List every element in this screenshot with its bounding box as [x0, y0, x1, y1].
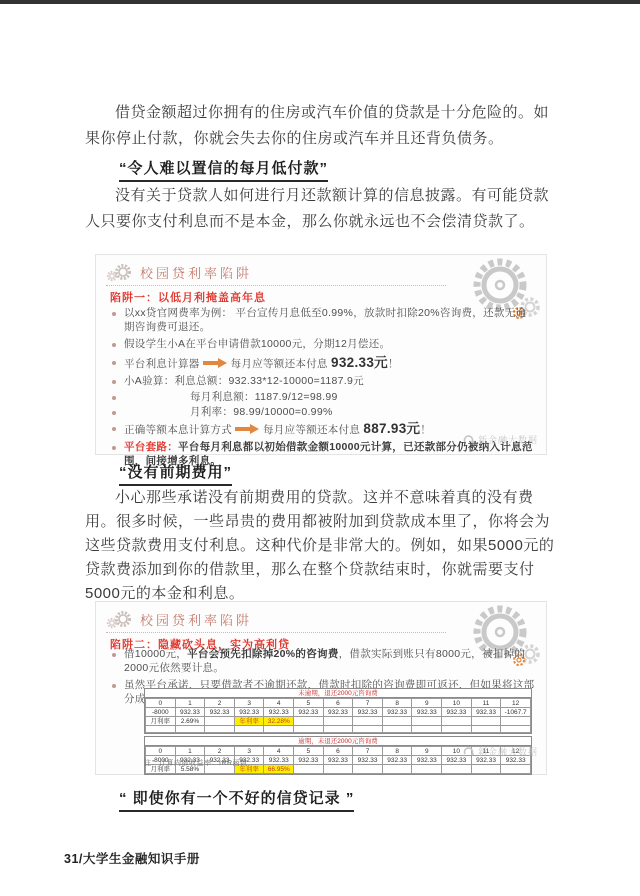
- table-cell: -1067.7: [501, 708, 531, 717]
- table-cell: [323, 717, 353, 726]
- table-cell: 年利率: [234, 717, 264, 726]
- list-item: 每月利息额：1187.9/12=98.99: [110, 391, 536, 405]
- table-cell: 932.33: [353, 708, 383, 717]
- table-cell: [205, 726, 235, 733]
- table-cell: 11: [471, 699, 501, 708]
- heading-bad-credit-record: “ 即使你有一个不好的信贷记录 ”: [119, 787, 354, 812]
- table-cell: [471, 765, 501, 774]
- repayment-table-no-overdue: 未逾期，退还2000元咨询费 0123456789101112-8000932.…: [144, 688, 532, 734]
- box-title: 校园贷利率陷阱: [140, 263, 252, 282]
- bullet-dot-icon: [112, 396, 116, 400]
- box-header: 校园贷利率陷阱: [106, 262, 252, 282]
- list-item: 平台利息计算器每月应等额还本付息 932.33元！: [110, 356, 536, 372]
- table-cell: 932.33: [412, 708, 442, 717]
- table-row: 0123456789101112: [146, 699, 531, 708]
- calc-label: 正确等额本息计算方式: [124, 424, 232, 436]
- table-cell: [501, 765, 531, 774]
- trick-label: 平台套路：: [124, 441, 178, 453]
- intro-paragraph-2: 没有关于贷款人如何进行月还款额计算的信息披露。有可能贷款人只要你支付利息而不是本…: [85, 183, 557, 235]
- table-cell: [294, 726, 324, 733]
- table-cell: [175, 726, 205, 733]
- table-cell: 932.33: [471, 708, 501, 717]
- table-cell: 5: [294, 699, 324, 708]
- table-cell: [323, 726, 353, 733]
- table-cell: [501, 726, 531, 733]
- table-cell: [353, 717, 383, 726]
- table-cell: 2: [205, 747, 235, 756]
- box-header: 校园贷利率陷阱: [106, 609, 252, 629]
- table-cell: [471, 726, 501, 733]
- watermark-logo-icon: [463, 435, 475, 445]
- table-cell: 7: [353, 747, 383, 756]
- table-cell: 2: [205, 699, 235, 708]
- gears-cluster-icon: [106, 609, 134, 629]
- top-border-bar: [0, 0, 640, 4]
- table-cell: [412, 765, 442, 774]
- table-cell: 932.33: [294, 756, 324, 765]
- bullet-dot-icon: [112, 684, 116, 688]
- table-cell: [382, 765, 412, 774]
- table-cell: 932.33: [382, 756, 412, 765]
- bullet-text: 正确等额本息计算方式每月应等额还本付息 887.93元！: [124, 422, 431, 438]
- bullet-text: 假设学生小A在平台申请借款10000元，分期12月偿还。: [124, 338, 390, 352]
- list-item: 假设学生小A在平台申请借款10000元，分期12月偿还。: [110, 338, 536, 352]
- right-arrow-icon: [203, 358, 228, 368]
- watermark: 新金融大数据: [463, 433, 538, 446]
- bullet-text: 小A验算：利息总额：932.33*12-10000=1187.9元: [124, 375, 364, 389]
- table-cell: [442, 726, 472, 733]
- table-cell: 0: [146, 747, 176, 756]
- table-cell: 9: [412, 747, 442, 756]
- bullet-dot-icon: [112, 312, 116, 316]
- table-cell: [294, 717, 324, 726]
- bullet-dot-icon: [112, 446, 116, 450]
- table-cell: 3: [234, 699, 264, 708]
- table-cell: [234, 726, 264, 733]
- table-cell: 932.33: [323, 708, 353, 717]
- trap-box-interest-rate-1: 校园贷利率陷阱 陷阱一：以低月利掩盖高年息 以xx贷官网费率为例： 平台宣传月息…: [95, 254, 547, 455]
- table-cell: [442, 717, 472, 726]
- table-cell: [382, 717, 412, 726]
- table-cell: 66.95%: [264, 765, 294, 774]
- bullet-dot-icon: [112, 653, 116, 657]
- table-cell: 7: [353, 699, 383, 708]
- table-cell: 4: [264, 747, 294, 756]
- table-cell: 12: [501, 699, 531, 708]
- table-cell: -8000: [146, 708, 176, 717]
- trap-box-interest-rate-2: 校园贷利率陷阱 陷阱二：隐藏砍头息，实为高利贷 借10000元，平台会预先扣除掉…: [95, 601, 547, 775]
- gears-cluster-icon: [106, 262, 134, 282]
- table-cell: 932.33: [264, 708, 294, 717]
- table-caption: 未逾期，退还2000元咨询费: [145, 689, 531, 698]
- table-cell: [294, 765, 324, 774]
- table-row: 月利率2.69%年利率32.28%: [146, 717, 531, 726]
- bullet-text: 每月利息额：1187.9/12=98.99: [124, 391, 338, 405]
- table-cell: [412, 726, 442, 733]
- table-cell: [323, 765, 353, 774]
- page-footer: 31/大学生金融知识手册: [64, 849, 200, 867]
- table-cell: [353, 726, 383, 733]
- table-cell: 932.33: [323, 756, 353, 765]
- right-arrow-icon: [235, 424, 260, 434]
- middle-paragraph: 小心那些承诺没有前期费用的贷款。这并不意味着真的没有费用。很多时候，一些昂贵的费…: [85, 486, 557, 606]
- box-title: 校园贷利率陷阱: [140, 610, 252, 629]
- table-cell: 932.33: [382, 708, 412, 717]
- bullet-dot-icon: [112, 411, 116, 415]
- bullet-text: 借10000元，平台会预先扣除掉20%的咨询费，借款实际到账只有8000元，被扣…: [124, 648, 536, 675]
- bullet-dot-icon: [112, 361, 116, 365]
- table-cell: 932.33: [234, 708, 264, 717]
- loan-text: 借10000元，: [124, 648, 187, 660]
- table-cell: 932.33: [442, 708, 472, 717]
- table-cell: [412, 717, 442, 726]
- table-cell: 10: [442, 699, 472, 708]
- table-cell: [146, 726, 176, 733]
- table-cell: [471, 717, 501, 726]
- table-cell: 9: [412, 699, 442, 708]
- table-cell: 932.33: [264, 756, 294, 765]
- table-cell: [264, 726, 294, 733]
- watermark: 新金融大数据: [463, 745, 538, 758]
- table-cell: 5: [294, 747, 324, 756]
- table-cell: 932.33: [294, 708, 324, 717]
- monthly-payment-value: 932.33元: [331, 355, 388, 370]
- table-cell: [442, 765, 472, 774]
- table-cell: [501, 717, 531, 726]
- intro-paragraph-1: 借贷金额超过你拥有的住房或汽车价值的贷款是十分危险的。如果你停止付款，你就会失去…: [85, 100, 557, 152]
- heading-no-upfront-fees: “没有前期费用”: [119, 461, 232, 486]
- calc-label: 平台利息计算器: [124, 358, 200, 370]
- table-cell: 月利率: [146, 717, 176, 726]
- bullet-text: 以xx贷官网费率为例： 平台宣传月息低至0.99%，放款时扣除20%咨询费，还款…: [124, 307, 536, 334]
- table-cell: [205, 717, 235, 726]
- calc-result-label: 每月应等额还本付息: [231, 358, 331, 370]
- monthly-payment-value: 887.93元: [363, 421, 420, 436]
- watermark-text: 新金融大数据: [478, 745, 538, 758]
- bullet-dot-icon: [112, 380, 116, 384]
- exclamation: ！: [388, 358, 399, 370]
- table-cell: 932.33: [412, 756, 442, 765]
- table-cell: [353, 765, 383, 774]
- dotted-divider: [106, 632, 446, 633]
- exclamation: ！: [420, 424, 431, 436]
- bullet-text: 月利率：98.99/10000=0.99%: [124, 406, 333, 420]
- table-cell: 6: [323, 699, 353, 708]
- table-cell: 6: [323, 747, 353, 756]
- bullet-dot-icon: [112, 343, 116, 347]
- table-footnote: 注：计算内部收益率：IRR函数: [144, 758, 248, 768]
- table-cell: 8: [382, 699, 412, 708]
- deduction-emphasis: 平台会预先扣除掉20%的咨询费: [187, 648, 339, 660]
- table-cell: 32.28%: [264, 717, 294, 726]
- table-cell: 1: [175, 699, 205, 708]
- calc-result-label: 每月应等额还本付息: [263, 424, 363, 436]
- table-cell: 0: [146, 699, 176, 708]
- table-cell: 2.69%: [175, 717, 205, 726]
- watermark-text: 新金融大数据: [478, 433, 538, 446]
- table-cell: [382, 726, 412, 733]
- bullet-text: 平台利息计算器每月应等额还本付息 932.33元！: [124, 356, 399, 372]
- table-cell: 932.33: [353, 756, 383, 765]
- table-row: [146, 726, 531, 733]
- table-cell: 932.33: [205, 708, 235, 717]
- table-row: -8000932.33932.33932.33932.33932.33932.3…: [146, 708, 531, 717]
- bullet-dot-icon: [112, 427, 116, 431]
- heading-low-monthly-payment: “令人难以置信的每月低付款”: [119, 157, 328, 182]
- dotted-divider: [106, 285, 446, 286]
- table-cell: 4: [264, 699, 294, 708]
- list-item: 借10000元，平台会预先扣除掉20%的咨询费，借款实际到账只有8000元，被扣…: [110, 648, 536, 675]
- trap-subtitle: 陷阱一：以低月利掩盖高年息: [110, 289, 266, 305]
- table-cell: 8: [382, 747, 412, 756]
- watermark-logo-icon: [463, 747, 475, 757]
- table-cell: 3: [234, 747, 264, 756]
- table-cell: 932.33: [175, 708, 205, 717]
- list-item: 以xx贷官网费率为例： 平台宣传月息低至0.99%，放款时扣除20%咨询费，还款…: [110, 307, 536, 334]
- list-item: 月利率：98.99/10000=0.99%: [110, 406, 536, 420]
- list-item: 小A验算：利息总额：932.33*12-10000=1187.9元: [110, 375, 536, 389]
- table-cell: 1: [175, 747, 205, 756]
